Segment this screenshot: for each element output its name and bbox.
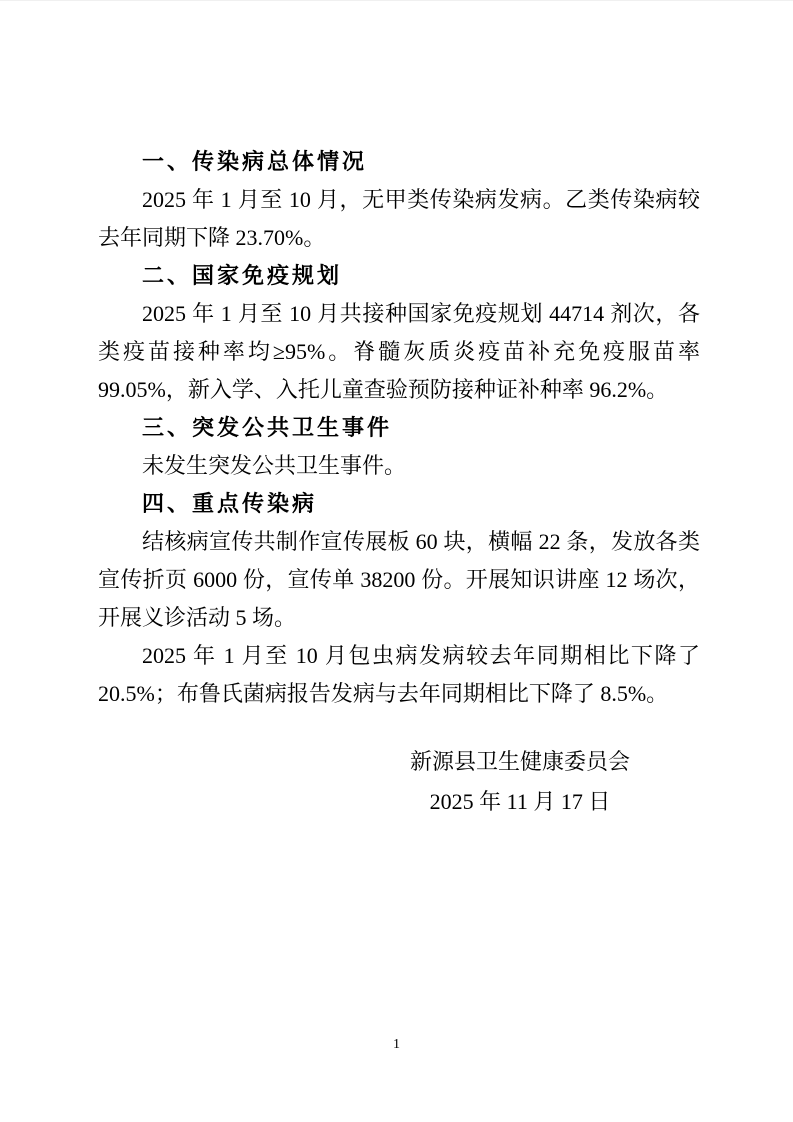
signature-organization: 新源县卫生健康委员会 <box>410 742 630 782</box>
document-section: 一、传染病总体情况2025 年 1 月至 10 月，无甲类传染病发病。乙类传染病… <box>98 143 700 257</box>
section-heading: 二、国家免疫规划 <box>98 257 700 295</box>
signature-block: 新源县卫生健康委员会 2025 年 11 月 17 日 <box>410 742 630 822</box>
document-body: 一、传染病总体情况2025 年 1 月至 10 月，无甲类传染病发病。乙类传染病… <box>98 143 700 713</box>
body-paragraph: 未发生突发公共卫生事件。 <box>98 447 700 485</box>
document-content: 一、传染病总体情况2025 年 1 月至 10 月，无甲类传染病发病。乙类传染病… <box>98 143 700 822</box>
section-heading: 三、突发公共卫生事件 <box>98 409 700 447</box>
document-section: 二、国家免疫规划2025 年 1 月至 10 月共接种国家免疫规划 44714 … <box>98 257 700 409</box>
signature-date: 2025 年 11 月 17 日 <box>410 782 630 822</box>
document-section: 三、突发公共卫生事件未发生突发公共卫生事件。 <box>98 409 700 485</box>
document-page: 一、传染病总体情况2025 年 1 月至 10 月，无甲类传染病发病。乙类传染病… <box>0 0 793 1122</box>
section-heading: 一、传染病总体情况 <box>98 143 700 181</box>
body-paragraph: 2025 年 1 月至 10 月，无甲类传染病发病。乙类传染病较去年同期下降 2… <box>98 181 700 257</box>
page-number: 1 <box>393 1037 400 1052</box>
document-section: 四、重点传染病结核病宣传共制作宣传展板 60 块，横幅 22 条，发放各类宣传折… <box>98 485 700 713</box>
body-paragraph: 2025 年 1 月至 10 月共接种国家免疫规划 44714 剂次，各类疫苗接… <box>98 295 700 409</box>
body-paragraph: 2025 年 1 月至 10 月包虫病发病较去年同期相比下降了 20.5%；布鲁… <box>98 637 700 713</box>
section-heading: 四、重点传染病 <box>98 485 700 523</box>
body-paragraph: 结核病宣传共制作宣传展板 60 块，横幅 22 条，发放各类宣传折页 6000 … <box>98 523 700 637</box>
page-footer: 1 <box>0 1035 793 1055</box>
